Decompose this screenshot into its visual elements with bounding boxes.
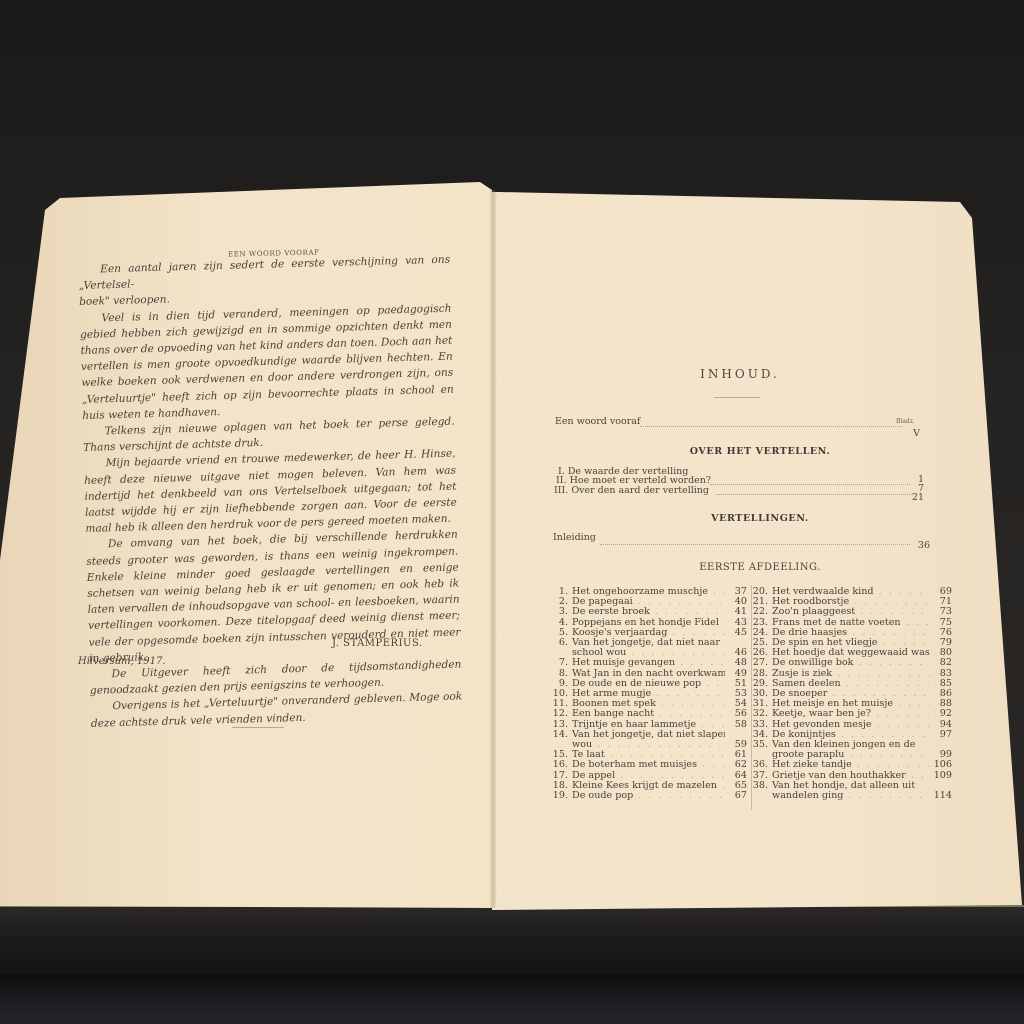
toc-entry: 25.De spin en het vliegje79 [752, 638, 952, 648]
entry-title: Een bange nacht [572, 709, 725, 719]
entry-title: Het roodborstje [772, 597, 930, 607]
toc-entry: 33.Het gevonden mesje94 [752, 720, 952, 730]
entry-title: Het ongehoorzame muschje [572, 587, 725, 597]
entry-title: Het hoedje dat weggewaaid was [772, 648, 930, 658]
toc-entry: 14.Van het jongetje, dat niet slapen [552, 730, 747, 740]
toc-entry: 36.Het zieke tandje106 [752, 760, 952, 770]
entry-title: Het gevonden mesje [772, 720, 930, 730]
toc-entry: 35.Van den kleinen jongen en de [752, 740, 952, 750]
entry-title: Het verdwaalde kind [772, 587, 930, 597]
entry-title: Frans met de natte voeten [772, 618, 930, 628]
entry-title: Het muisje gevangen [572, 658, 725, 668]
entry-title: Koosje's verjaardag [572, 628, 725, 638]
leader-dots [600, 544, 910, 545]
place-date: Hilversum, 1917. [78, 656, 166, 667]
toc-entry: 23.Frans met de natte voeten75 [752, 618, 952, 628]
author-signature: J. STAMPERIUS. [332, 638, 423, 649]
toc-entry: 26.Het hoedje dat weggewaaid was80 [752, 648, 952, 658]
entry-title: De onwillige bok [772, 658, 930, 668]
entry-title: Wat Jan in den nacht overkwam [572, 669, 725, 679]
page-number: 109 [930, 771, 952, 781]
toc-entry: 10.Het arme mugje53 [552, 689, 747, 699]
entry-title: Van het jongetje, dat niet naar [572, 638, 725, 648]
entry-title: De eerste broek [572, 607, 725, 617]
page-number: 36 [904, 540, 930, 551]
toc-entry: 3.De eerste broek41 [552, 607, 747, 617]
paragraph: Veel is in dien tijd veranderd, meeninge… [79, 300, 454, 424]
toc-entry: 30.De snoeper86 [752, 689, 952, 699]
entry-title: Van het jongetje, dat niet slapen [572, 730, 725, 740]
toc-entry: 8.Wat Jan in den nacht overkwam49 [552, 669, 747, 679]
toc-entry: 16.De boterham met muisjes62 [552, 760, 747, 770]
toc-entry: 32.Keetje, waar ben je?92 [752, 709, 952, 719]
entry-title: De papegaai [572, 597, 725, 607]
entry-title: Van het hondje, dat alleen uit [772, 781, 930, 791]
page-number: V [900, 428, 920, 439]
page-number: 45 [725, 628, 747, 638]
toc-entry: groote paraplu99 [752, 750, 952, 760]
leader-dots [640, 426, 902, 427]
page-number: 97 [930, 730, 952, 740]
toc-entry: 21.Het roodborstje71 [752, 597, 952, 607]
entry-title: De drie haasjes [772, 628, 930, 638]
toc-entry: 12.Een bange nacht56 [552, 709, 747, 719]
entry-title: Te laat [572, 750, 725, 760]
toc-entry: 17.De appel64 [552, 771, 747, 781]
toc-entry: 27.De onwillige bok82 [752, 658, 952, 668]
toc-entry: 7.Het muisje gevangen48 [552, 658, 747, 668]
entry-title: groote paraplu [772, 750, 930, 760]
toc-entry: 11.Boonen met spek54 [552, 699, 747, 709]
entry-title: Het zieke tandje [772, 760, 930, 770]
divider-rule [714, 397, 760, 398]
toc-entry: 13.Trijntje en haar lammetje58 [552, 720, 747, 730]
toc-entry: 15.Te laat61 [552, 750, 747, 760]
entry-title: Boonen met spek [572, 699, 725, 709]
entry-title: De spin en het vliegje [772, 638, 930, 648]
toc-entry: 31.Het meisje en het muisje88 [752, 699, 952, 709]
toc-entry: 1.Het ongehoorzame muschje37 [552, 587, 747, 597]
entry-title: De oude pop [572, 791, 725, 801]
entry-title: Poppejans en het hondje Fidel [572, 618, 725, 628]
toc-entry: III. Over den aard der vertelling [554, 485, 709, 496]
toc-entry: 37.Grietje van den houthakker109 [752, 771, 952, 781]
toc-entry: 19.De oude pop67 [552, 791, 747, 801]
divider-rule [232, 727, 284, 728]
page-column-label: Bladz. [896, 418, 915, 425]
toc-column-right: 20.Het verdwaalde kind69 21.Het roodbors… [752, 587, 952, 801]
toc-title: INHOUD. [680, 367, 800, 381]
toc-entry: 22.Zoo'n plaaggeest73 [752, 607, 952, 617]
toc-entry: 34.De konijntjes97 [752, 730, 952, 740]
entry-title: Keetje, waar ben je? [772, 709, 930, 719]
toc-entry-foreword: Een woord vooraf [555, 416, 640, 427]
toc-entry: wou59 [552, 740, 747, 750]
entry-title: Het arme mugje [572, 689, 725, 699]
subsection-heading: EERSTE AFDEELING. [640, 562, 880, 573]
entry-number: 19. [552, 791, 568, 801]
toc-entry: 38.Van het hondje, dat alleen uit [752, 781, 952, 791]
page-number: 67 [725, 791, 747, 801]
toc-entry: school wou46 [552, 648, 747, 658]
toc-column-left: 1.Het ongehoorzame muschje37 2.De papega… [552, 587, 747, 801]
entry-number: 35. [752, 740, 768, 750]
entry-title: wandelen ging [772, 791, 930, 801]
entry-title: De oude en de nieuwe pop [572, 679, 725, 689]
toc-entry: 5.Koosje's verjaardag45 [552, 628, 747, 638]
toc-entry: wandelen ging114 [752, 791, 952, 801]
toc-entry: 20.Het verdwaalde kind69 [752, 587, 952, 597]
book-gutter [489, 190, 497, 908]
leader-dots [710, 484, 910, 485]
paragraph: Mijn bejaarde vriend en trouwe medewerke… [83, 446, 457, 537]
toc-entry: 2.De papegaai40 [552, 597, 747, 607]
section-heading: OVER HET VERTELLEN. [640, 446, 880, 457]
entry-title: De boterham met muisjes [572, 760, 725, 770]
page-number: 21 [900, 492, 924, 503]
entry-number [752, 791, 768, 801]
toc-entry: 24.De drie haasjes76 [752, 628, 952, 638]
entry-title: wou [572, 740, 725, 750]
toc-entry: 28.Zusje is ziek83 [752, 669, 952, 679]
entry-number: 14. [552, 730, 568, 740]
leader-dots [716, 494, 912, 495]
toc-entry-intro: Inleiding [553, 532, 596, 543]
table-front-edge [0, 975, 1024, 1024]
toc-entry: 29.Samen deelen85 [752, 679, 952, 689]
section-heading: VERTELLINGEN. [640, 513, 880, 524]
entry-number: 38. [752, 781, 768, 791]
entry-title: Samen deelen [772, 679, 930, 689]
page-number: 114 [930, 791, 952, 801]
entry-title: De snoeper [772, 689, 930, 699]
entry-title: Zusje is ziek [772, 669, 930, 679]
entry-number: 6. [552, 638, 568, 648]
entry-title: Het meisje en het muisje [772, 699, 930, 709]
entry-title: Trijntje en haar lammetje [572, 720, 725, 730]
entry-title: De appel [572, 771, 725, 781]
entry-title: Over den aard der vertelling [571, 485, 709, 496]
book-cover-edge [0, 905, 1024, 980]
page-number: 58 [725, 720, 747, 730]
entry-title: school wou [572, 648, 725, 658]
entry-title: Kleine Kees krijgt de mazelen [572, 781, 725, 791]
entry-number: III. [554, 485, 568, 496]
entry-title: Grietje van den houthakker [772, 771, 930, 781]
entry-title: Van den kleinen jongen en de [772, 740, 930, 750]
entry-title: Zoo'n plaaggeest [772, 607, 930, 617]
toc-entry: 4.Poppejans en het hondje Fidel43 [552, 618, 747, 628]
entry-title: De konijntjes [772, 730, 930, 740]
toc-entry: 18.Kleine Kees krijgt de mazelen65 [552, 781, 747, 791]
toc-entry: 6.Van het jongetje, dat niet naar [552, 638, 747, 648]
toc-entry: 9.De oude en de nieuwe pop51 [552, 679, 747, 689]
